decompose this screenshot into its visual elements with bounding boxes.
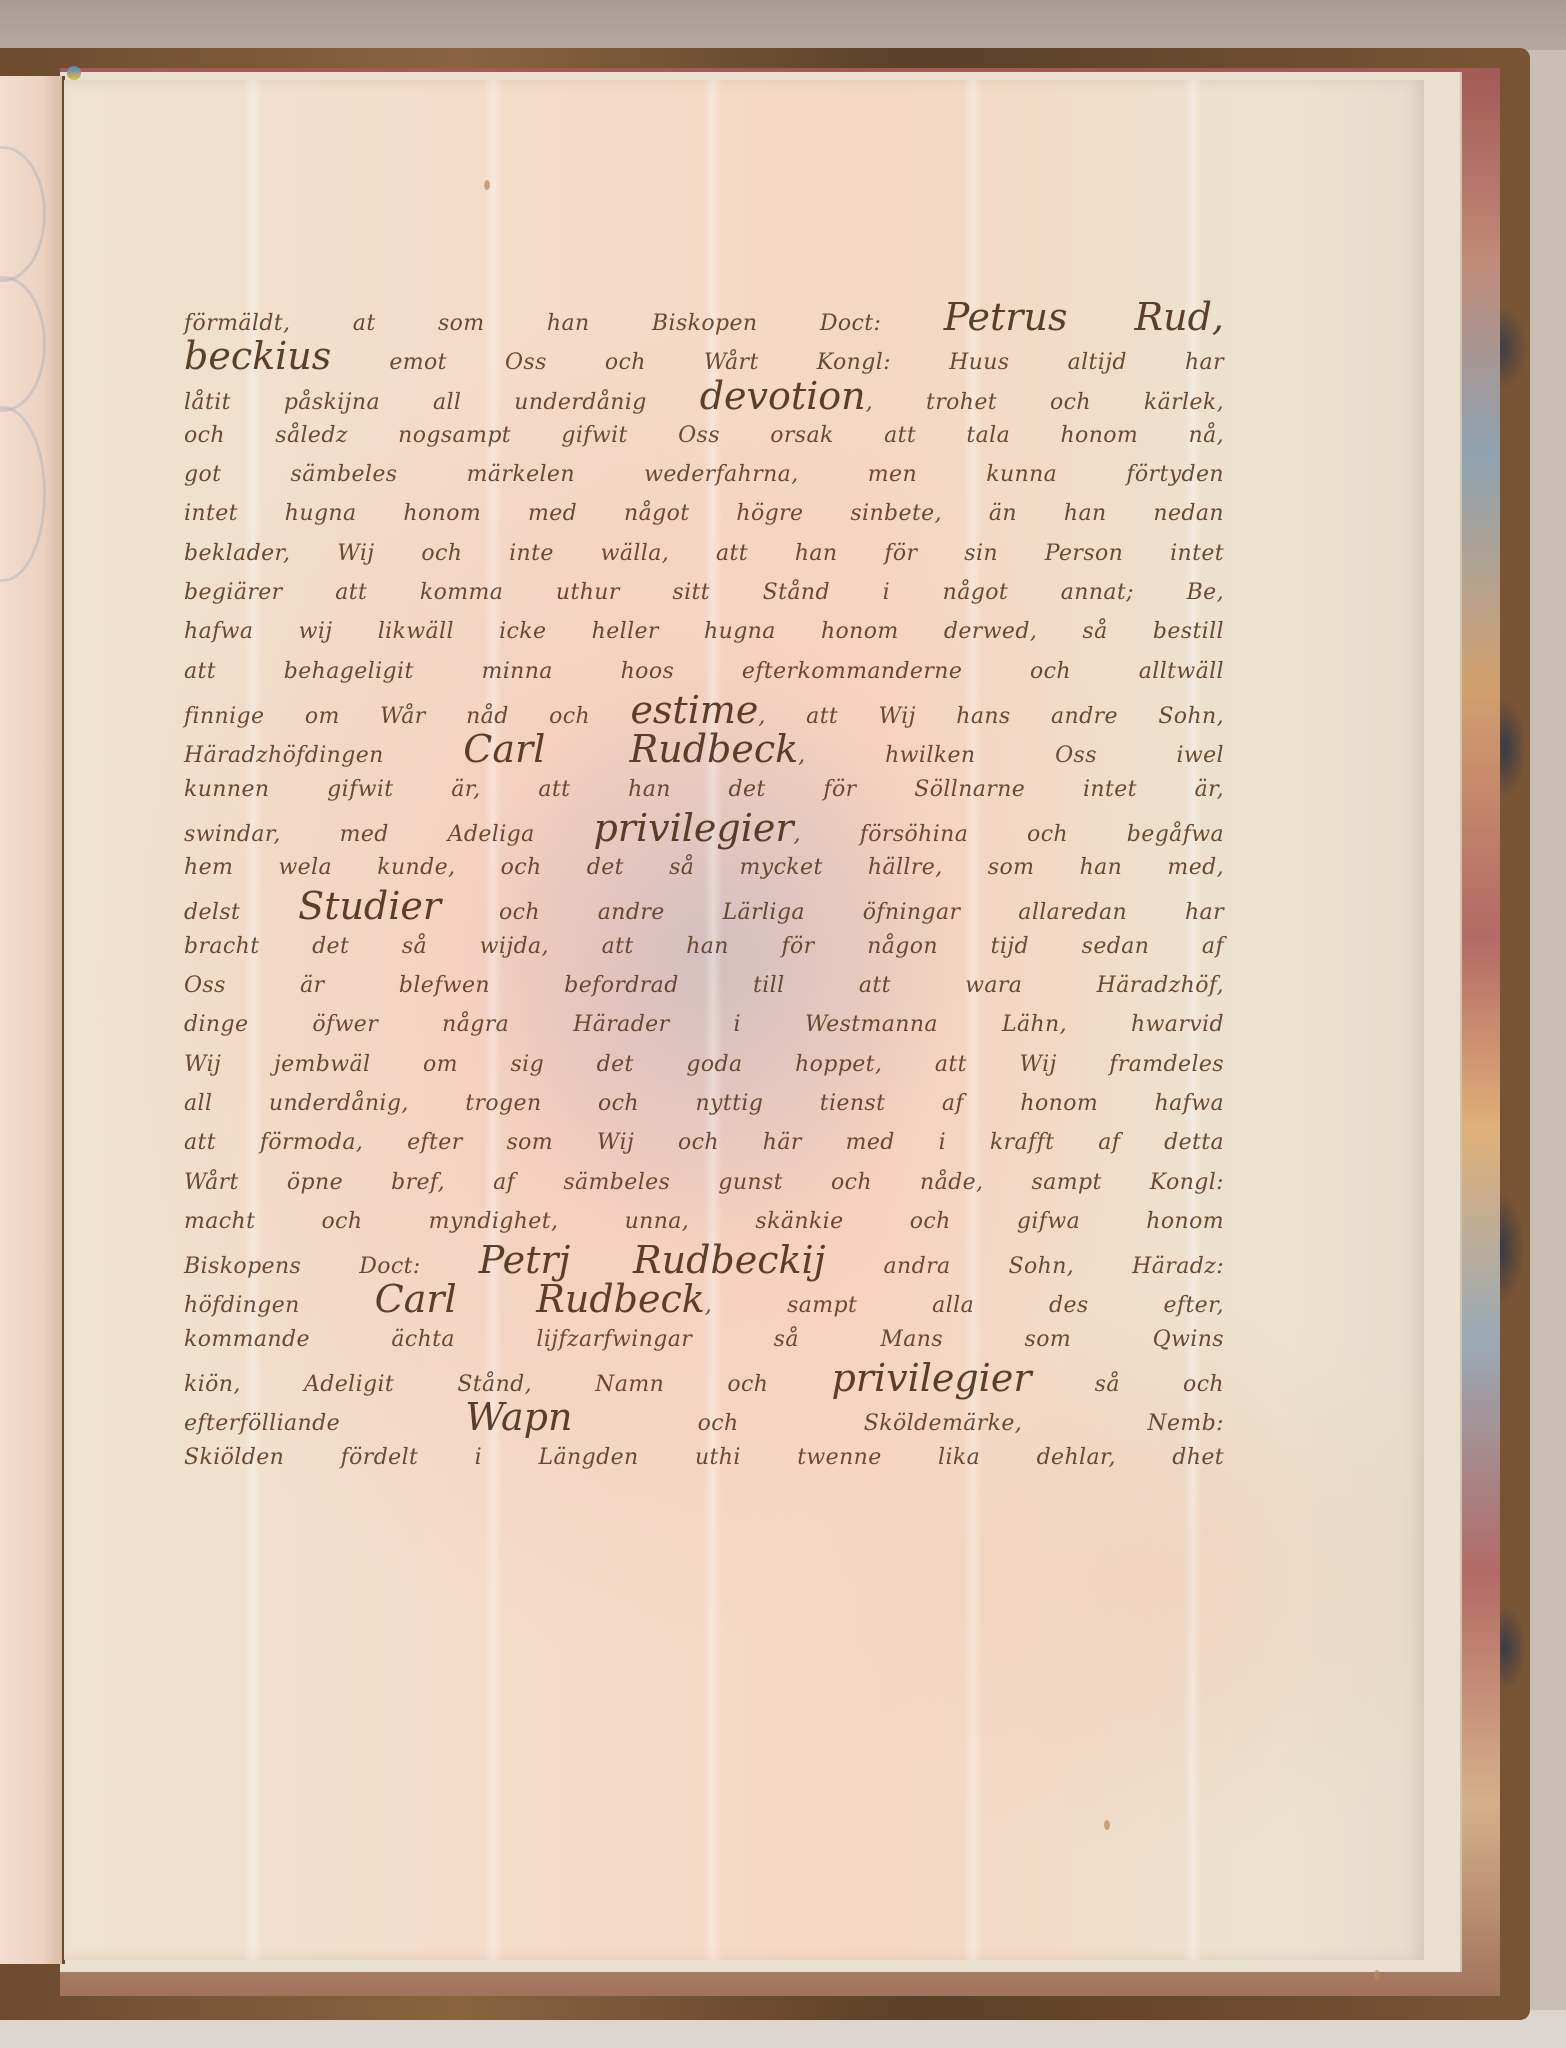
line-text: dinge öfwer några Härader i Westmanna Lä… xyxy=(184,1012,1224,1037)
line-text: , att Wij hans andre Sohn, xyxy=(758,704,1224,729)
manuscript-line: att behageligit minna hoos efterkommande… xyxy=(184,652,1224,691)
emphasized-latin-word: privilegier xyxy=(593,806,793,850)
line-text: finnige om Wår nåd och xyxy=(184,704,630,729)
manuscript-line: bracht det så wijda, att han för någon t… xyxy=(184,927,1224,966)
handwritten-text-block: förmäldt, at som han Biskopen Doct: Petr… xyxy=(184,298,1224,1477)
line-text: Biskopens Doct: xyxy=(184,1254,479,1279)
emphasized-latin-word: estime xyxy=(630,688,758,732)
manuscript-line: begiärer att komma uthur sitt Stånd i nå… xyxy=(184,573,1224,612)
manuscript-line: kiön, Adeligit Stånd, Namn och privilegi… xyxy=(184,1359,1224,1398)
manuscript-line: Häradzhöfdingen Carl Rudbeck, hwilken Os… xyxy=(184,730,1224,769)
emphasized-latin-word: Studier xyxy=(298,884,441,928)
line-text: efterfölliande xyxy=(184,1411,465,1436)
manuscript-line: att förmoda, efter som Wij och här med i… xyxy=(184,1123,1224,1162)
left-facing-page xyxy=(0,76,65,1964)
emphasized-latin-word: beckius xyxy=(184,334,331,378)
line-text: och Sköldemärke, Nemb: xyxy=(572,1411,1224,1436)
line-text: Skiölden fördelt i Längden uthi twenne l… xyxy=(184,1445,1224,1470)
line-text: intet hugna honom med något högre sinbet… xyxy=(184,501,1224,526)
manuscript-line: förmäldt, at som han Biskopen Doct: Petr… xyxy=(184,298,1224,337)
manuscript-line: Skiölden fördelt i Längden uthi twenne l… xyxy=(184,1438,1224,1477)
manuscript-line: beklader, Wij och inte wälla, att han fö… xyxy=(184,534,1224,573)
line-text: macht och myndighet, unna, skänkie och g… xyxy=(184,1209,1224,1234)
manuscript-line: låtit påskijna all underdånig devotion, … xyxy=(184,377,1224,416)
line-text: och andre Lärliga öfningar allaredan har xyxy=(441,900,1224,925)
manuscript-line: och såledz nogsampt gifwit Oss orsak att… xyxy=(184,416,1224,455)
line-text: all underdånig, trogen och nyttig tienst… xyxy=(184,1091,1224,1116)
manuscript-line: höfdingen Carl Rudbeck, sampt alla des e… xyxy=(184,1280,1224,1319)
line-text: Oss är blefwen befordrad till att wara H… xyxy=(184,973,1224,998)
line-text: begiärer att komma uthur sitt Stånd i nå… xyxy=(184,580,1224,605)
show-through-flourish xyxy=(0,276,46,412)
show-through-flourish xyxy=(0,406,46,582)
binding-thread-knot xyxy=(67,66,81,80)
line-text: kiön, Adeligit Stånd, Namn och xyxy=(184,1372,831,1397)
manuscript-line: Wårt öpne bref, af sämbeles gunst och nå… xyxy=(184,1163,1224,1202)
emphasized-latin-word: Carl Rudbeck xyxy=(375,1277,705,1321)
manuscript-line: beckius emot Oss och Wårt Kongl: Huus al… xyxy=(184,337,1224,376)
line-text: delst xyxy=(184,900,298,925)
line-text: hafwa wij likwäll icke heller hugna hono… xyxy=(184,619,1224,644)
line-text: hem wela kunde, och det så mycket hällre… xyxy=(184,855,1224,880)
manuscript-line: Wij jembwäl om sig det goda hoppet, att … xyxy=(184,1045,1224,1084)
line-text: att förmoda, efter som Wij och här med i… xyxy=(184,1130,1224,1155)
emphasized-latin-word: Petrj Rudbeckij xyxy=(479,1238,826,1282)
emphasized-latin-word: privilegier xyxy=(831,1356,1031,1400)
manuscript-line: macht och myndighet, unna, skänkie och g… xyxy=(184,1202,1224,1241)
manuscript-line: hafwa wij likwäll icke heller hugna hono… xyxy=(184,612,1224,651)
manuscript-line: hem wela kunde, och det så mycket hällre… xyxy=(184,848,1224,887)
line-text: Wij jembwäl om sig det goda hoppet, att … xyxy=(184,1052,1224,1077)
line-text: Häradzhöfdingen xyxy=(184,743,463,768)
line-text: got sämbeles märkelen wederfahrna, men k… xyxy=(184,462,1224,487)
manuscript-line: Biskopens Doct: Petrj Rudbeckij andra So… xyxy=(184,1241,1224,1280)
manuscript-line: got sämbeles märkelen wederfahrna, men k… xyxy=(184,455,1224,494)
line-text: andra Sohn, Häradz: xyxy=(825,1254,1224,1279)
line-text: bracht det så wijda, att han för någon t… xyxy=(184,934,1224,959)
manuscript-line: Oss är blefwen befordrad till att wara H… xyxy=(184,966,1224,1005)
manuscript-line: finnige om Wår nåd och estime, att Wij h… xyxy=(184,691,1224,730)
line-text: beklader, Wij och inte wälla, att han fö… xyxy=(184,541,1224,566)
line-text: förmäldt, at som han Biskopen Doct: xyxy=(184,311,944,336)
scan-background-top xyxy=(0,0,1566,50)
manuscript-line: efterfölliande Wapn och Sköldemärke, Nem… xyxy=(184,1398,1224,1437)
manuscript-line: all underdånig, trogen och nyttig tienst… xyxy=(184,1084,1224,1123)
line-text: emot Oss och Wårt Kongl: Huus altijd har xyxy=(331,350,1224,375)
manuscript-line: kunnen gifwit är, att han det för Söllna… xyxy=(184,770,1224,809)
show-through-flourish xyxy=(0,146,46,282)
line-text: kunnen gifwit är, att han det för Söllna… xyxy=(184,777,1224,802)
manuscript-line: delst Studier och andre Lärliga öfningar… xyxy=(184,887,1224,926)
emphasized-latin-word: Wapn xyxy=(465,1395,572,1439)
line-text: Wårt öpne bref, af sämbeles gunst och nå… xyxy=(184,1170,1224,1195)
line-text: , trohet och kärlek, xyxy=(866,390,1224,415)
emphasized-latin-word: Petrus Rud, xyxy=(944,295,1224,339)
emphasized-latin-word: Carl Rudbeck xyxy=(463,727,798,771)
line-text: , försöhina och begåfwa xyxy=(794,822,1224,847)
line-text: , sampt alla des efter, xyxy=(705,1293,1224,1318)
manuscript-line: swindar, med Adeliga privilegier, försöh… xyxy=(184,809,1224,848)
manuscript-line: kommande ächta lijfzarfwingar så Mans so… xyxy=(184,1320,1224,1359)
emphasized-latin-word: devotion xyxy=(700,374,866,418)
line-text: , hwilken Oss iwel xyxy=(798,743,1224,768)
line-text: höfdingen xyxy=(184,1293,375,1318)
line-text: låtit påskijna all underdånig xyxy=(184,390,700,415)
line-text: så och xyxy=(1032,1372,1224,1397)
line-text: att behageligit minna hoos efterkommande… xyxy=(184,659,1224,684)
line-text: kommande ächta lijfzarfwingar så Mans so… xyxy=(184,1327,1224,1352)
manuscript-page: förmäldt, at som han Biskopen Doct: Petr… xyxy=(64,80,1424,1960)
manuscript-line: intet hugna honom med något högre sinbet… xyxy=(184,494,1224,533)
manuscript-line: dinge öfwer några Härader i Westmanna Lä… xyxy=(184,1005,1224,1044)
line-text: swindar, med Adeliga xyxy=(184,822,593,847)
line-text: och såledz nogsampt gifwit Oss orsak att… xyxy=(184,423,1224,448)
